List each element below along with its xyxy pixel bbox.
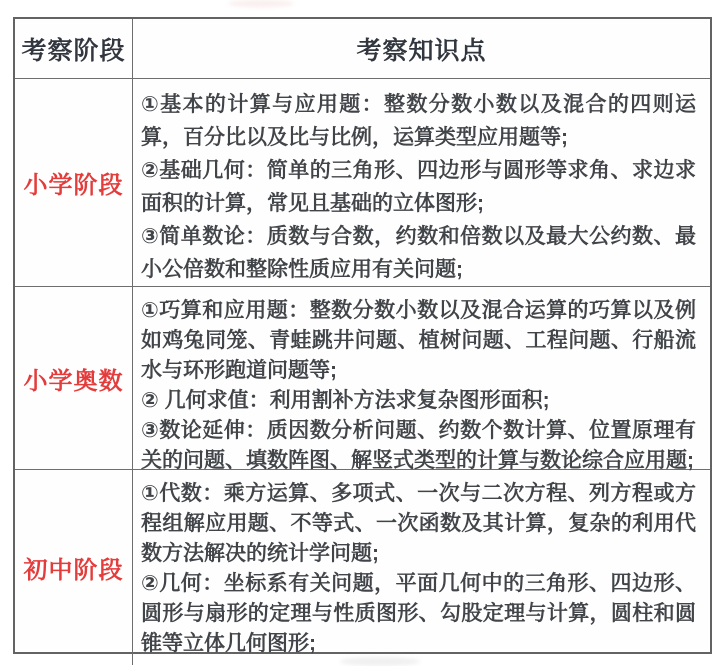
knowledge-item: ③数论延伸：质因数分析问题、约数个数计算、位置原理有关的问题、填数阵图、解竖式类…	[141, 416, 696, 476]
exam-stages-table: 考察阶段 考察知识点 小学阶段 ①基本的计算与应用题：整数分数小数以及混合的四则…	[13, 17, 712, 654]
knowledge-item: ②几何：坐标系有关问题，平面几何中的三角形、四边形、圆形与扇形的定理与性质图形、…	[141, 569, 696, 659]
stage-cell-primary-olympiad: 小学奥数	[15, 287, 133, 470]
knowledge-item: ③简单数论：质数与合数，约数和倍数以及最大公约数、最小公倍数和整除性质应用有关问…	[141, 220, 696, 286]
knowledge-item: ②基础几何：简单的三角形、四边形与圆形等求角、求边求面积的计算，常见且基础的立体…	[141, 154, 696, 220]
stage-cell-primary-school: 小学阶段	[15, 79, 133, 287]
knowledge-item: ①基本的计算与应用题：整数分数小数以及混合的四则运算，百分比以及比与比例，运算类…	[141, 88, 696, 154]
content-cell-primary-school: ①基本的计算与应用题：整数分数小数以及混合的四则运算，百分比以及比与比例，运算类…	[133, 79, 710, 287]
knowledge-item: ② 几何求值：利用割补方法求复杂图形面积;	[141, 386, 696, 416]
knowledge-item: ①巧算和应用题：整数分数小数以及混合运算的巧算以及例如鸡兔同笼、青蛙跳井问题、植…	[141, 296, 696, 386]
content-cell-primary-olympiad: ①巧算和应用题：整数分数小数以及混合运算的巧算以及例如鸡兔同笼、青蛙跳井问题、植…	[133, 287, 710, 470]
watermark-smudge-bottom	[340, 657, 420, 666]
header-cell-knowledge: 考察知识点	[133, 19, 710, 79]
knowledge-item: ①代数：乘方运算、多项式、一次与二次方程、列方程或方程组解应用题、不等式、一次函…	[141, 479, 696, 569]
header-cell-stage: 考察阶段	[15, 19, 133, 79]
stage-cell-junior-high: 初中阶段	[15, 470, 133, 665]
watermark-smudge-top	[228, 0, 294, 7]
content-cell-junior-high: ①代数：乘方运算、多项式、一次与二次方程、列方程或方程组解应用题、不等式、一次函…	[133, 470, 710, 665]
